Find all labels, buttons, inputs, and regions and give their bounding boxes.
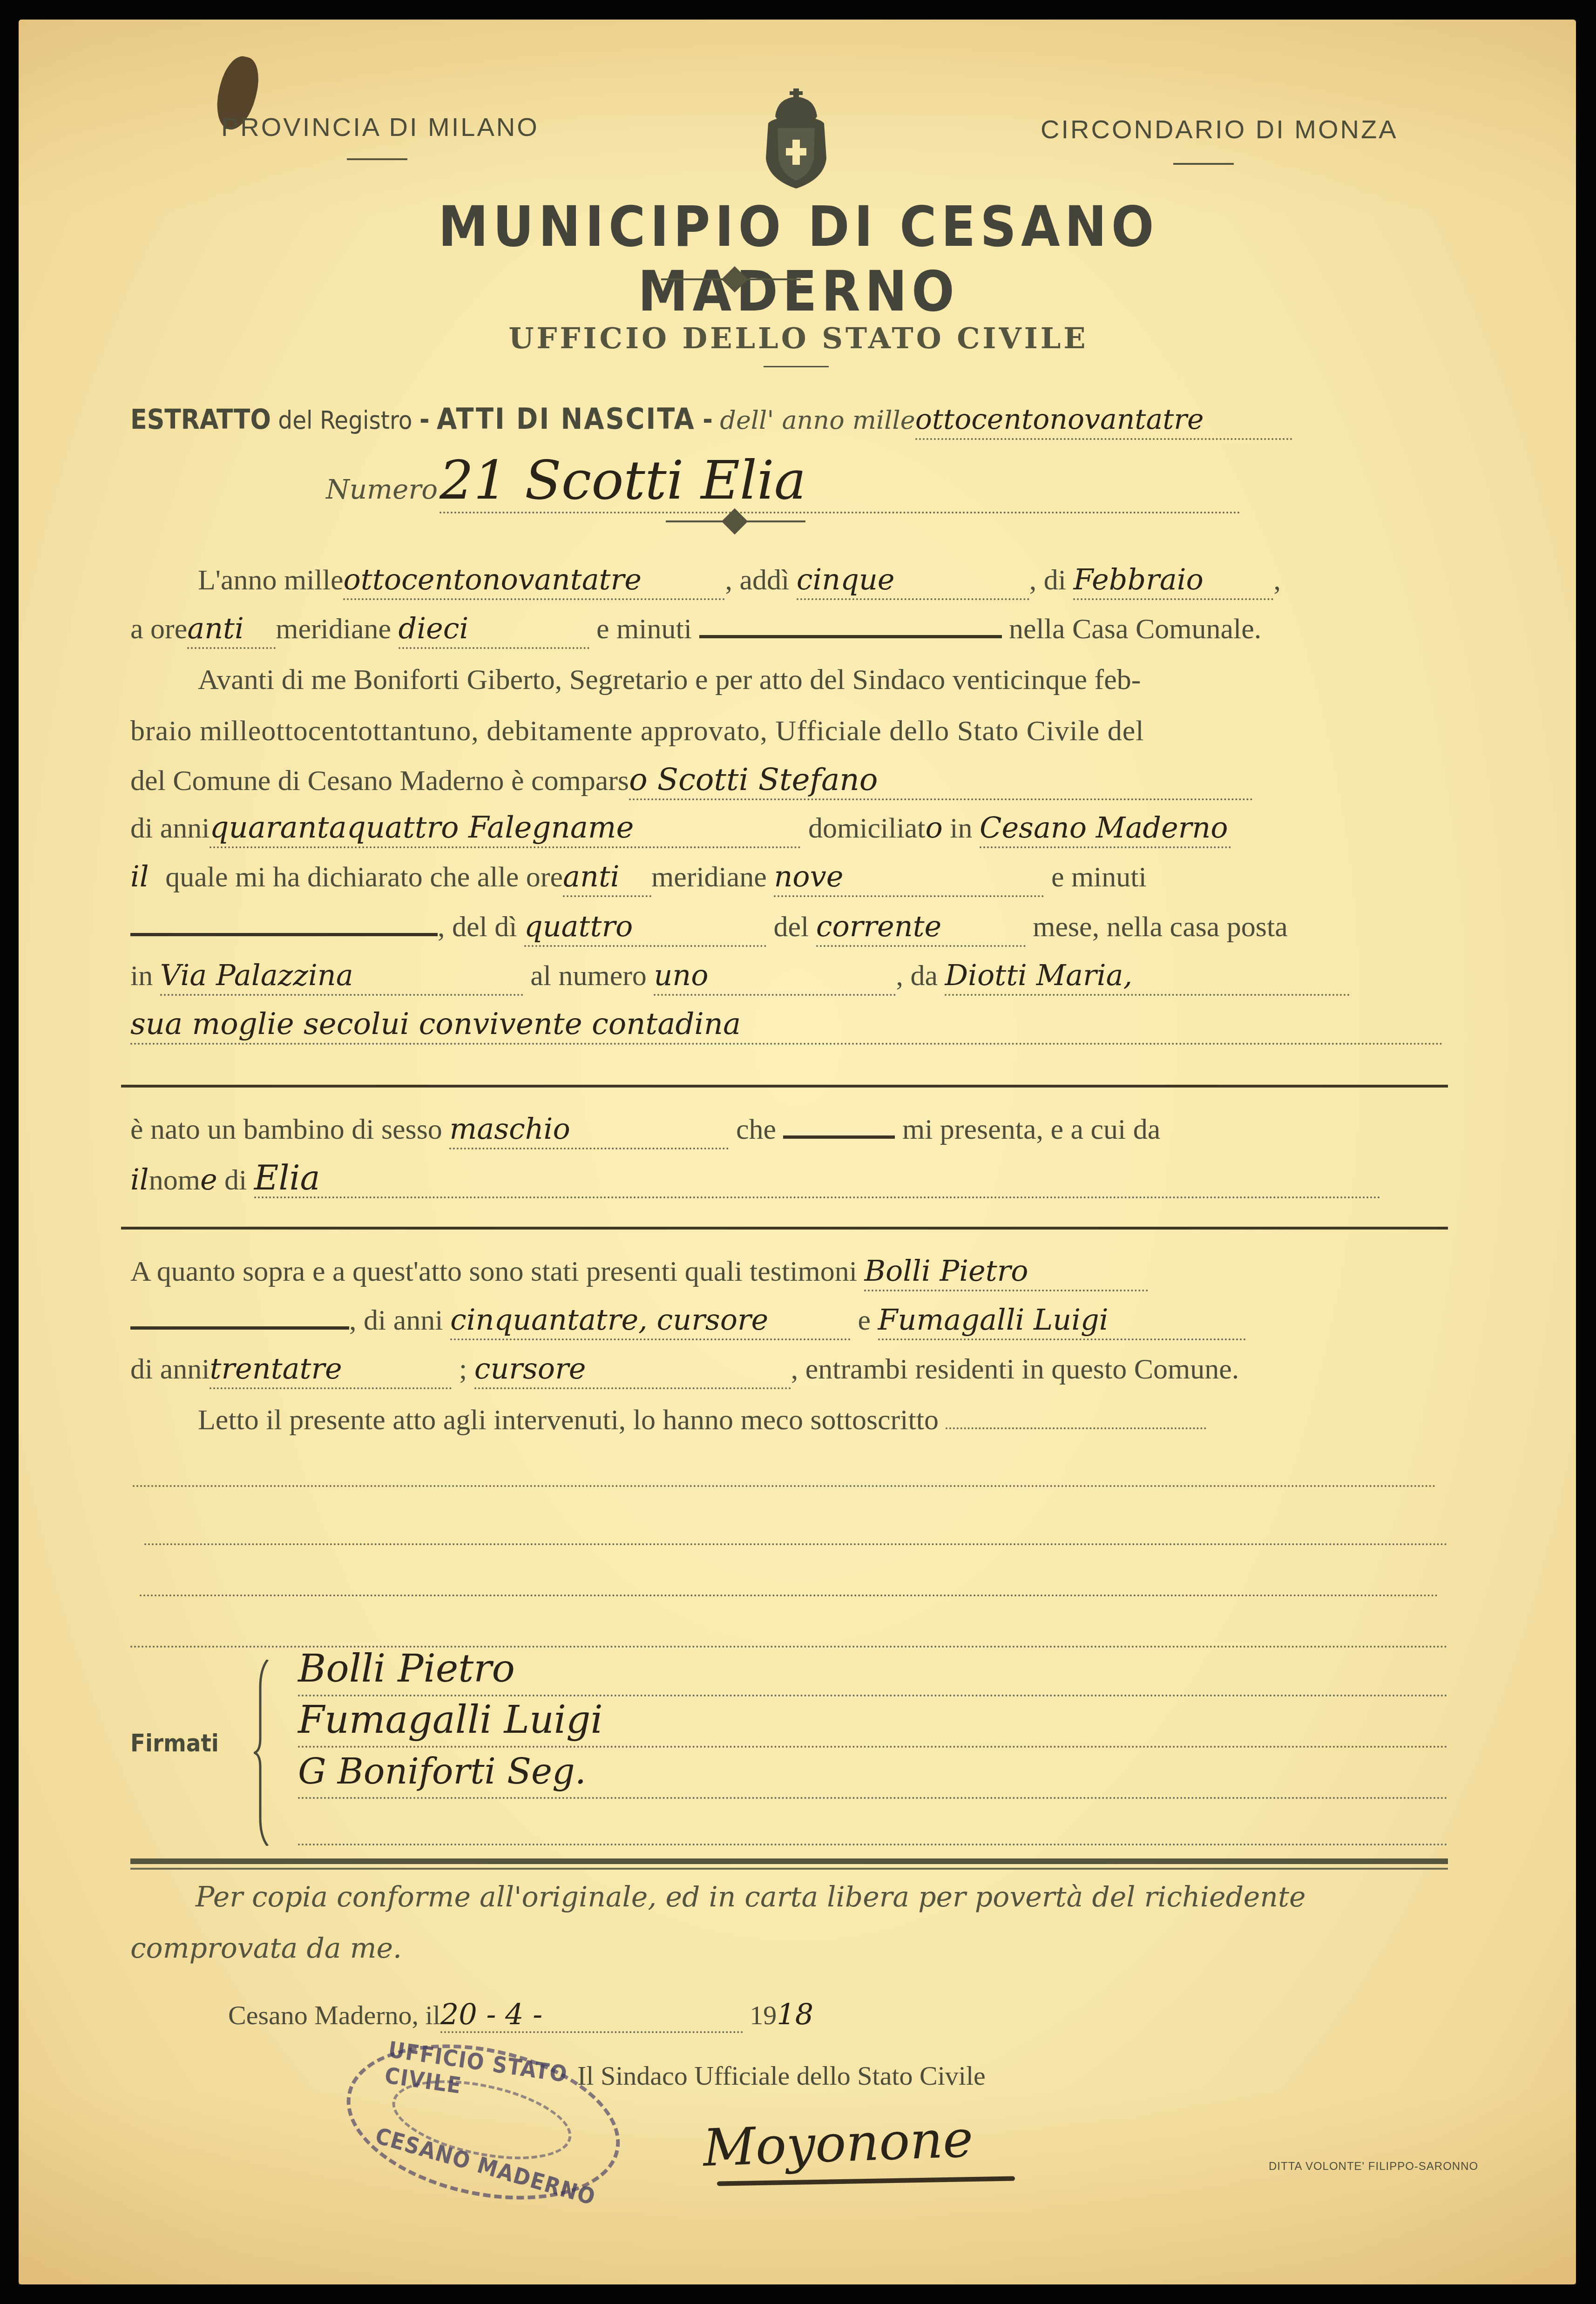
body-line-6: di anniquarantaquattro Falegname domicil… (130, 809, 1448, 848)
body-line-12: ilnome di Elia (130, 1159, 1448, 1199)
text: , di anni (349, 1304, 443, 1336)
official-signature: Moyonone (702, 2109, 974, 2178)
text: e (858, 1304, 871, 1336)
text: al numero (530, 960, 647, 992)
text: di anni (130, 1353, 210, 1385)
text: , addì (725, 564, 789, 596)
issue-year: 18 (777, 1997, 813, 2031)
birth-hour-period: anti (563, 858, 651, 897)
copy-note-line-2: comprovata da me. (130, 1932, 402, 1965)
text: , entrambi residenti in questo Comune. (791, 1353, 1239, 1385)
text: braio milleottocentottantuno, debitament… (130, 715, 1144, 747)
hour-period: anti (187, 610, 276, 649)
mother-details: sua moglie secolui convivente contadina (130, 1006, 1443, 1045)
birth-minutes-blank (130, 924, 438, 936)
text: quale mi ha dichiarato che alle ore (165, 861, 563, 893)
body-line-3: Avanti di me Boniforti Giberto, Segretar… (130, 661, 1448, 698)
text: o (925, 811, 942, 845)
body-line-7: il quale mi ha dichiarato che alle orean… (130, 858, 1448, 897)
body-line-2: a oreantimeridiane dieci e minuti nella … (130, 610, 1448, 649)
district-label: CIRCONDARIO DI MONZA (1041, 114, 1398, 144)
text: e minuti (596, 613, 692, 645)
number-value: 21 Scotti Elia (440, 449, 1240, 514)
signature-secretary: G Boniforti Seg. (298, 1746, 1448, 1799)
body-line-5: del Comune di Cesano Maderno è comparso … (130, 761, 1448, 800)
presenter-blank (783, 1126, 895, 1139)
text: Avanti di me Boniforti Giberto, Segretar… (198, 664, 1141, 696)
register-year-label: dell' anno mille (720, 405, 915, 435)
text: ; (459, 1353, 467, 1385)
copy-note-line-1: Per copia conforme all'originale, ed in … (196, 1881, 1306, 1913)
province-label: PROVINCIA DI MILANO (221, 112, 539, 142)
birth-hour: nove (774, 858, 1044, 897)
body-line-11: è nato un bambino di sesso maschio che m… (130, 1110, 1448, 1149)
text: L'anno mille (198, 564, 343, 596)
child-name: Elia (254, 1159, 1381, 1198)
text: nella Casa Comunale. (1009, 613, 1261, 645)
text: in (130, 960, 153, 992)
signature-witness-1: Bolli Pietro (298, 1643, 1448, 1696)
text: che (736, 1114, 776, 1145)
text: Letto il presente atto agli intervenuti,… (198, 1404, 939, 1436)
declarant-domicile: Cesano Maderno (980, 809, 1231, 848)
register-dash-1: - (419, 404, 430, 435)
signatures-label: Firmati (130, 1730, 219, 1757)
day-written: cinque (797, 561, 1029, 600)
blank-line (298, 1844, 1448, 1845)
text: il (130, 859, 149, 893)
place-date: Cesano Maderno, il20 - 4 - 1918 (228, 1997, 813, 2033)
text: mi presenta, e a cui da (902, 1114, 1160, 1145)
register-del-registro: del Registro (278, 405, 412, 435)
district-divider (1173, 163, 1234, 165)
witness-1-blank (130, 1317, 349, 1330)
text: nom (149, 1164, 200, 1196)
footer-rule-thick (130, 1858, 1448, 1864)
signatures-bracket-icon (254, 1660, 272, 1846)
year-written: ottocentonovantatre (343, 561, 725, 600)
province-divider (347, 158, 407, 160)
register-year-value: ottocentonovantatre (915, 401, 1292, 440)
text: meridiane (276, 613, 391, 645)
declarant-name: o Scotti Stefano (629, 761, 1253, 800)
witness-1-age-profession: cinquantatre, cursore (450, 1301, 851, 1340)
child-sex: maschio (449, 1110, 729, 1149)
royal-coat-of-arms-icon (759, 88, 833, 191)
blank-fill (946, 1427, 1206, 1429)
register-prefix: ESTRATTO (130, 404, 271, 435)
text: in (950, 812, 972, 844)
birth-street: Via Palazzina (160, 957, 523, 996)
signature-witness-2: Fumagalli Luigi (298, 1695, 1448, 1748)
number-label: Numero (326, 473, 438, 505)
printer-credit: DITTA VOLONTE' FILIPPO-SARONNO (1269, 2160, 1478, 2173)
body-line-15: di annitrentatre ; cursore, entrambi res… (130, 1350, 1448, 1389)
birth-month: corrente (816, 908, 1026, 947)
office-title: UFFICIO DELLO STATO CIVILE (466, 321, 1131, 355)
body-line-10: sua moglie secolui convivente contadina (130, 1006, 1448, 1045)
mother-name: Diotti Maria, (945, 957, 1350, 996)
text: , da (896, 960, 938, 992)
official-title: Il Sindaco Ufficiale dello Stato Civile (577, 2060, 986, 2091)
text: a ore (130, 613, 187, 645)
text: mese, nella casa posta (1033, 911, 1287, 943)
text: del Comune di Cesano Maderno è compars (130, 765, 629, 797)
text: e (200, 1162, 217, 1196)
text: domiciliat (808, 812, 925, 844)
text: del (773, 911, 809, 943)
register-dash-2: - (703, 404, 713, 435)
issue-date: 20 - 4 - (440, 1997, 743, 2033)
municipality-title: MUNICIPIO DI CESANO MADERNO (349, 195, 1248, 324)
register-name: ATTI DI NASCITA (437, 402, 696, 436)
minutes-blank (699, 626, 1002, 638)
text: il (130, 1162, 149, 1196)
text: , del dì (438, 911, 517, 943)
birth-day: quattro (524, 908, 766, 947)
witness-1-name: Bolli Pietro (864, 1252, 1148, 1291)
text: , (1273, 564, 1281, 596)
text: , di (1029, 564, 1066, 596)
text: 19 (750, 2000, 777, 2030)
declarant-age-profession: quarantaquattro Falegname (210, 809, 801, 848)
blank-line (133, 1485, 1436, 1487)
witness-2-name: Fumagalli Luigi (878, 1301, 1246, 1340)
body-line-4: braio milleottocentottantuno, debitament… (130, 712, 1448, 750)
blank-line (121, 1085, 1448, 1088)
number-line: Numero 21 Scotti Elia (326, 449, 1240, 514)
blank-line (144, 1543, 1448, 1545)
body-line-9: in Via Palazzina al numero uno, da Diott… (130, 957, 1448, 996)
office-divider (764, 366, 829, 367)
hour-written: dieci (399, 610, 589, 649)
witness-2-age: trentatre (210, 1350, 452, 1389)
body-line-14: , di anni cinquantatre, cursore e Fumaga… (130, 1301, 1448, 1340)
body-line-16: Letto il presente atto agli intervenuti,… (130, 1401, 1448, 1439)
register-line: ESTRATTO del Registro - ATTI DI NASCITA … (130, 400, 1448, 440)
body-line-8: , del dì quattro del corrente mese, nell… (130, 908, 1448, 947)
body-line-1: L'anno milleottocentonovantatre, addì ci… (130, 561, 1448, 600)
text: di anni (130, 812, 210, 844)
text: e minuti (1051, 861, 1147, 893)
text: meridiane (651, 861, 767, 893)
text: Cesano Maderno, il (228, 2000, 440, 2030)
body-line-13: A quanto sopra e a quest'atto sono stati… (130, 1252, 1448, 1291)
footer-rule-thin (130, 1868, 1448, 1870)
blank-line (140, 1595, 1439, 1596)
birth-house-number: uno (654, 957, 896, 996)
text: A quanto sopra e a quest'atto sono stati… (130, 1256, 857, 1287)
witness-2-profession: cursore (474, 1350, 791, 1389)
text: di (224, 1164, 247, 1196)
month-written: Febbraio (1073, 561, 1273, 600)
text: è nato un bambino di sesso (130, 1114, 442, 1145)
blank-line (121, 1227, 1448, 1230)
